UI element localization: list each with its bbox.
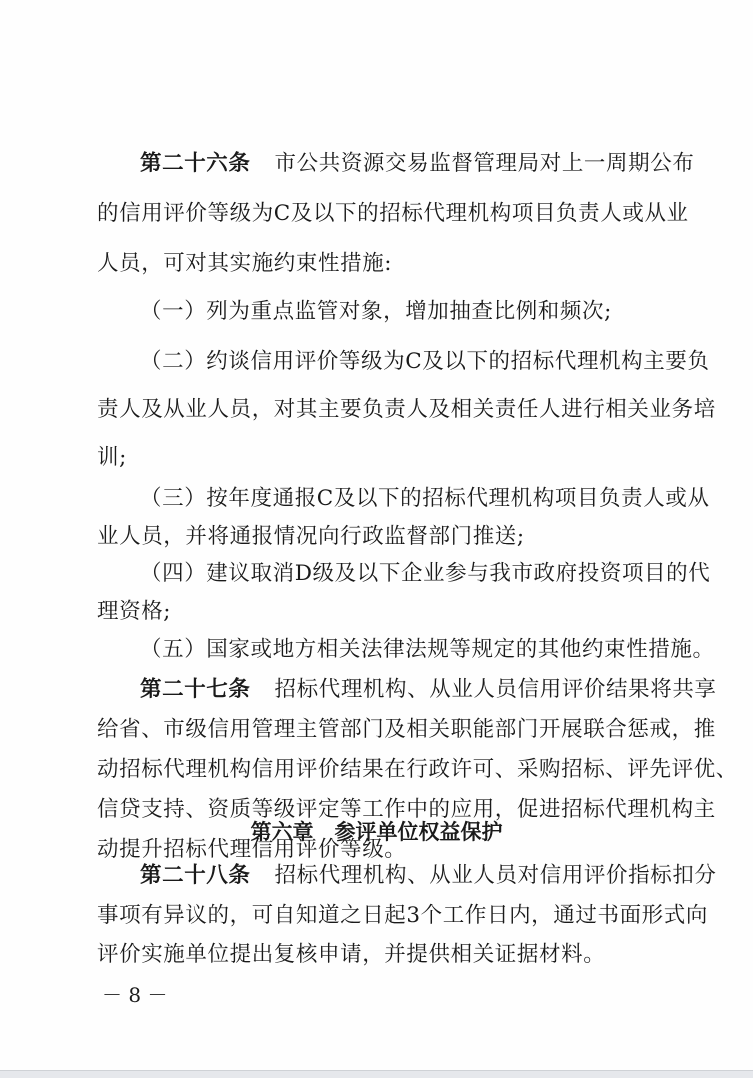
article-27-line-1: 第二十七条招标代理机构、从业人员信用评价结果将共享: [140, 676, 710, 704]
item-2-line-2: 责人及从业人员，对其主要负责人及相关责任人进行相关业务培: [97, 396, 667, 424]
article-28-line-3: 评价实施单位提出复核申请，并提供相关证据材料。: [97, 941, 667, 969]
viewer-bottom-edge: [0, 1070, 753, 1078]
article-28-line-2: 事项有异议的，可自知道之日起3个工作日内，通过书面形式向: [97, 902, 667, 930]
item-2-line-1: （二）约谈信用评价等级为C及以下的招标代理机构主要负: [140, 348, 710, 376]
item-1-line-1: （一）列为重点监管对象，增加抽查比例和频次;: [140, 298, 710, 326]
article-27-line-2: 给省、市级信用管理主管部门及相关职能部门开展联合惩戒，推: [97, 716, 667, 744]
item-3-line-1: （三）按年度通报C及以下的招标代理机构项目负责人或从: [140, 485, 710, 513]
document-page: 第二十六条市公共资源交易监督管理局对上一周期公布 的信用评价等级为C及以下的招标…: [0, 0, 753, 1070]
item-5-line-1: （五）国家或地方相关法律法规等规定的其他约束性措施。: [140, 636, 710, 664]
article-28-line-1: 第二十八条招标代理机构、从业人员对信用评价指标扣分: [140, 862, 710, 890]
item-4-line-1: （四）建议取消D级及以下企业参与我市政府投资项目的代: [140, 560, 710, 588]
article-26-heading: 第二十六条: [140, 151, 251, 176]
item-2-line-3: 训;: [97, 444, 667, 472]
article-28-heading: 第二十八条: [140, 863, 251, 888]
article-26-line-3: 人员，可对其实施约束性措施:: [97, 250, 667, 278]
item-3-line-2: 业人员，并将通报情况向行政监督部门推送;: [97, 523, 667, 551]
chapter-title: 第六章 参评单位权益保护: [0, 818, 753, 846]
item-4-line-2: 理资格;: [97, 598, 667, 626]
page-number: － 8 －: [102, 983, 167, 1007]
article-27-line-3: 动招标代理机构信用评价结果在行政许可、采购招标、评先评优、: [97, 756, 667, 784]
article-26-line-1: 第二十六条市公共资源交易监督管理局对上一周期公布: [140, 150, 710, 178]
article-26-line-2: 的信用评价等级为C及以下的招标代理机构项目负责人或从业: [97, 200, 667, 228]
article-27-heading: 第二十七条: [140, 677, 251, 702]
